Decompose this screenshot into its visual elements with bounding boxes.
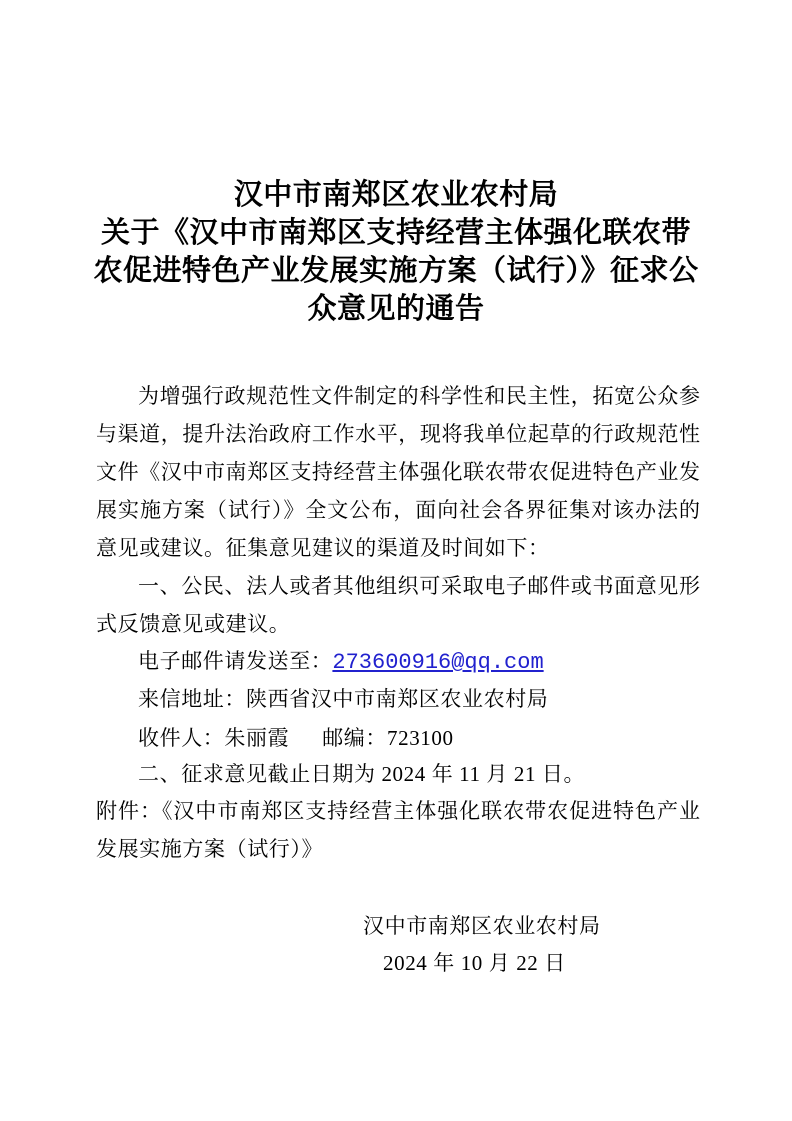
document-title: 汉中市南郑区农业农村局 关于《汉中市南郑区支持经营主体强化联农带 农促进特色产业… (0, 176, 792, 328)
title-line-subject-1: 关于《汉中市南郑区支持经营主体强化联农带 (0, 214, 792, 252)
address-line: 来信地址：陕西省汉中市南郑区农业农村局 (138, 680, 548, 718)
attachment-line: 发展实施方案（试行）》 (96, 830, 323, 868)
deadline-line: 二、征求意见截止日期为 2024 年 11 月 21 日。 (138, 755, 585, 793)
title-line-subject-3: 众意见的通告 (0, 290, 792, 328)
body-line: 文件《汉中市南郑区支持经营主体强化联农带农促进特色产业发 (96, 453, 700, 491)
attachment-line: 附件：《汉中市南郑区支持经营主体强化联农带农促进特色产业 (96, 792, 700, 830)
title-line-subject-2: 农促进特色产业发展实施方案（试行）》征求公 (0, 252, 792, 290)
email-label: 电子邮件请发送至： (138, 649, 332, 673)
postcode: 邮编：723100 (322, 726, 453, 750)
document-page: 汉中市南郑区农业农村局 关于《汉中市南郑区支持经营主体强化联农带 农促进特色产业… (0, 0, 792, 1121)
recipient-line: 收件人：朱丽霞邮编：723100 (138, 719, 454, 757)
body-line: 展实施方案（试行）》全文公布，面向社会各界征集对该办法的 (96, 491, 700, 529)
recipient-name: 收件人：朱丽霞 (138, 726, 289, 750)
body-line: 与渠道，提升法治政府工作水平，现将我单位起草的行政规范性 (96, 415, 700, 453)
body-line: 为增强行政规范性文件制定的科学性和民主性，拓宽公众参 (138, 377, 700, 415)
signature-date: 2024 年 10 月 22 日 (383, 944, 566, 982)
body-line: 意见或建议。征集意见建议的渠道及时间如下： (96, 529, 550, 567)
email-link[interactable]: 273600916@qq.com (332, 650, 543, 675)
email-line: 电子邮件请发送至：273600916@qq.com (138, 642, 544, 682)
title-line-org: 汉中市南郑区农业农村局 (0, 176, 792, 214)
body-line: 式反馈意见或建议。 (96, 605, 290, 643)
body-line: 一、公民、法人或者其他组织可采取电子邮件或书面意见形 (138, 567, 700, 605)
signature-org: 汉中市南郑区农业农村局 (363, 907, 601, 945)
